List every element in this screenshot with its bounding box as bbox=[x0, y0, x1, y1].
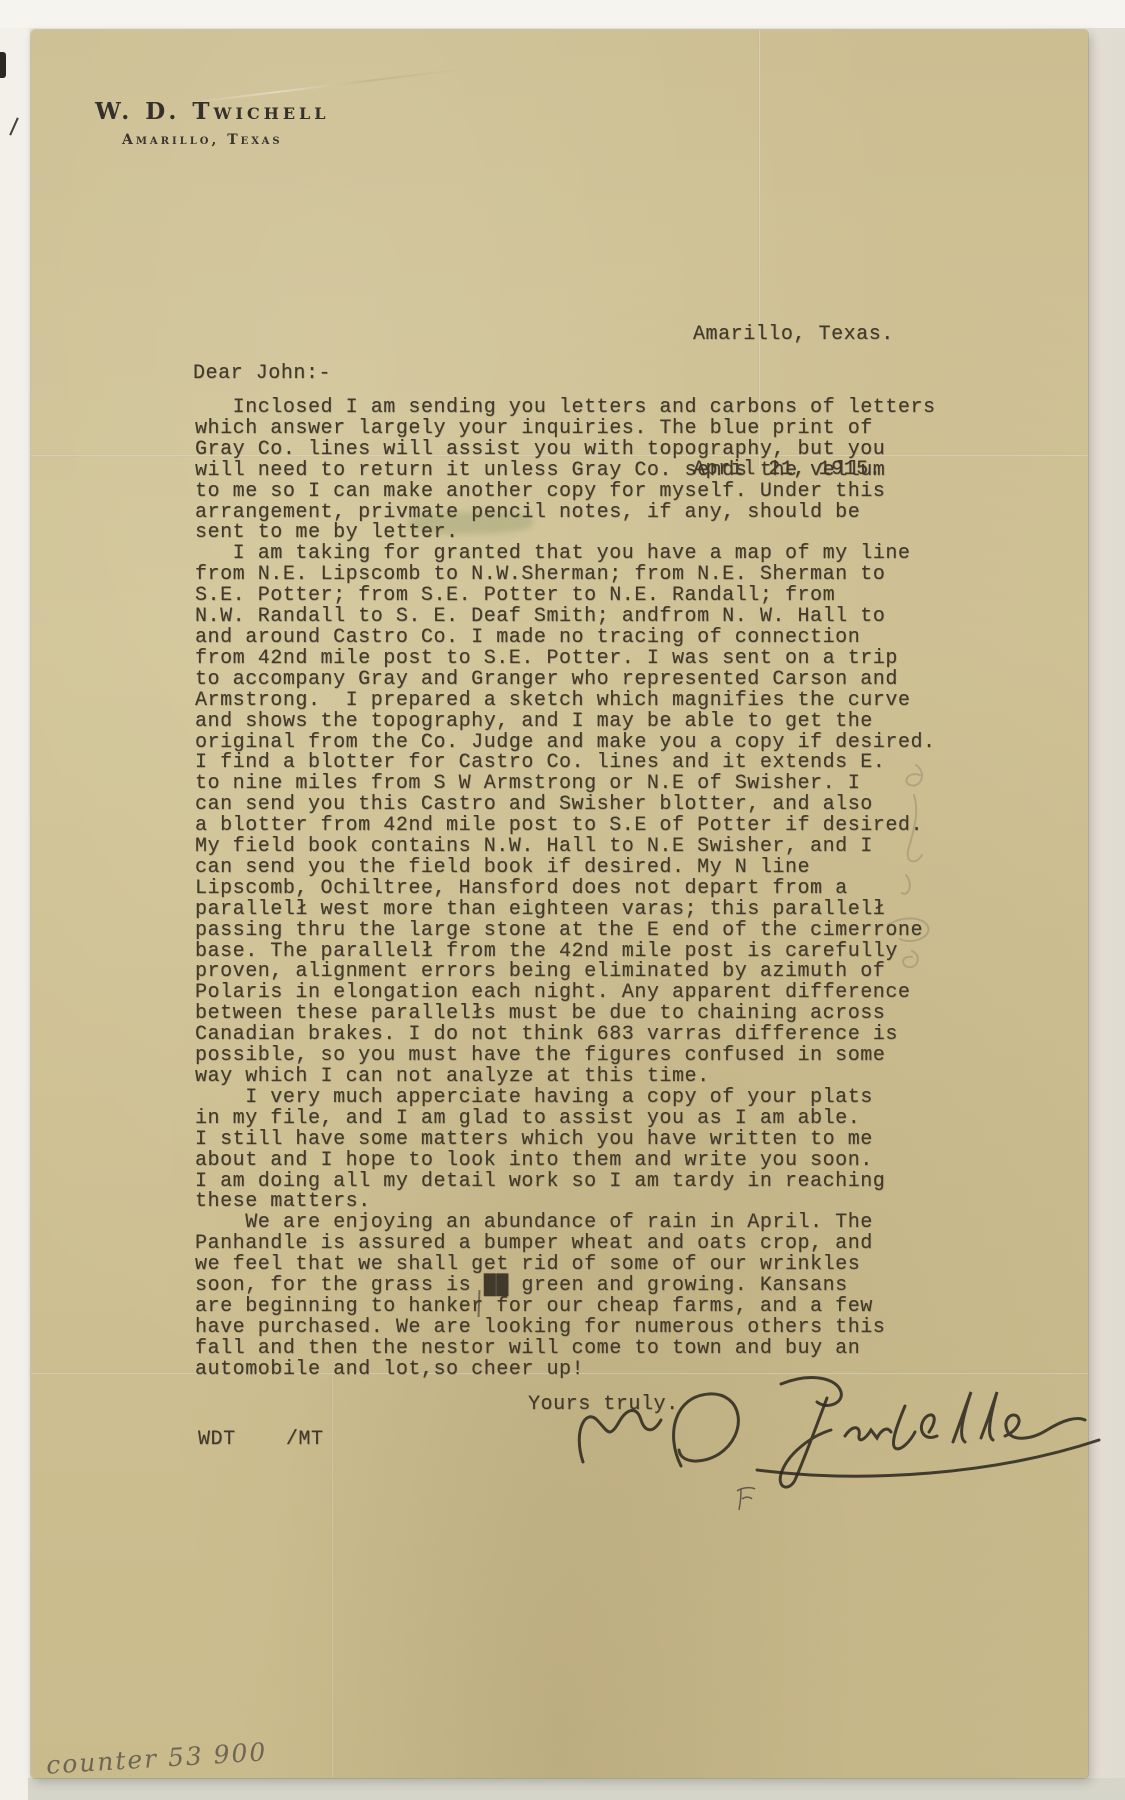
typist-initials: WDT /MT bbox=[198, 1428, 324, 1451]
letter-body-line: to accompany Gray and Granger who repres… bbox=[195, 670, 936, 691]
letter-page: W. D. Twichell Amarillo, Texas Amarillo,… bbox=[31, 30, 1088, 1778]
letter-body-line: Lipscomb, Ochiltree, Hansford does not d… bbox=[195, 879, 936, 900]
letter-body-line: proven, alignment errors being eliminate… bbox=[195, 962, 936, 983]
scan-mat-top bbox=[0, 0, 1125, 28]
letter-body-line: Panhandle is assured a bumper wheat and … bbox=[195, 1234, 936, 1255]
scanned-letter-screenshot: { "document": { "kind": "Typewritten let… bbox=[0, 0, 1125, 1800]
letter-body-line: a blotter from 42nd mile post to S.E of … bbox=[195, 816, 936, 837]
letter-body-line: have purchased. We are looking for numer… bbox=[195, 1318, 936, 1339]
letter-body-line: to me so I can make another copy for mys… bbox=[195, 482, 936, 503]
salutation: Dear John:- bbox=[193, 362, 331, 385]
letter-body-line: parallelł west more than eighteen varas;… bbox=[195, 900, 936, 921]
pencil-note-counter: counter 53 900 bbox=[45, 1737, 268, 1779]
letter-body-line: I very much apperciate having a copy of … bbox=[195, 1088, 936, 1109]
letter-body-line: way which I can not analyze at this time… bbox=[195, 1067, 936, 1088]
letter-body-line: base. The parallelł from the 42nd mile p… bbox=[195, 942, 936, 963]
letter-body-line: are beginning to hanker for our cheap fa… bbox=[195, 1297, 936, 1318]
scan-artifact bbox=[9, 117, 19, 135]
letter-body-line: N.W. Randall to S. E. Deaf Smith; andfro… bbox=[195, 607, 936, 628]
letter-body-line: arrangement, privmate pencil notes, if a… bbox=[195, 503, 936, 524]
letter-body-line: fall and then the nestor will come to to… bbox=[195, 1339, 936, 1360]
letter-body-line: passing thru the large stone at the E en… bbox=[195, 921, 936, 942]
letter-body-line: in my file, and I am glad to assist you … bbox=[195, 1109, 936, 1130]
letter-body-line: from 42nd mile post to S.E. Potter. I wa… bbox=[195, 649, 936, 670]
letter-body-line: and shows the topography, and I may be a… bbox=[195, 712, 936, 733]
letter-body-line: can send you this Castro and Swisher blo… bbox=[195, 795, 936, 816]
letter-body-line: possible, so you must have the figures c… bbox=[195, 1046, 936, 1067]
letter-body-line: between these parallelłs must be due to … bbox=[195, 1004, 936, 1025]
stray-pencil-mark bbox=[733, 1483, 759, 1513]
scan-artifact bbox=[0, 52, 6, 78]
letter-body-line: My field book contains N.W. Hall to N.E … bbox=[195, 837, 936, 858]
letter-body-line: I am doing all my detail work so I am ta… bbox=[195, 1172, 936, 1193]
letter-body-line: we feel that we shall get rid of some of… bbox=[195, 1255, 936, 1276]
letterhead: W. D. Twichell Amarillo, Texas bbox=[95, 98, 330, 148]
signature bbox=[565, 1362, 1110, 1512]
letter-body-line: sent to me by letter. bbox=[195, 523, 936, 544]
letter-body-line: We are enjoying an abundance of rain in … bbox=[195, 1213, 936, 1234]
letter-body-line: can send you the field book if desired. … bbox=[195, 858, 936, 879]
letter-body-line: which answer largely your inquiries. The… bbox=[195, 419, 936, 440]
letter-body-line: I am taking for granted that you have a … bbox=[195, 544, 936, 565]
letterhead-name: W. D. Twichell bbox=[95, 98, 330, 125]
letter-body-line: and around Castro Co. I made no tracing … bbox=[195, 628, 936, 649]
letter-body-line: from N.E. Lipscomb to N.W.Sherman; from … bbox=[195, 565, 936, 586]
dateline-place: Amarillo, Texas. bbox=[693, 312, 894, 357]
letter-body-line: S.E. Potter; from S.E. Potter to N.E. Ra… bbox=[195, 586, 936, 607]
letter-body: Inclosed I am sending you letters and ca… bbox=[195, 398, 936, 1381]
letter-body-line: I still have some matters which you have… bbox=[195, 1130, 936, 1151]
letter-body-line: original from the Co. Judge and make you… bbox=[195, 733, 936, 754]
letter-body-line: I find a blotter for Castro Co. lines an… bbox=[195, 753, 936, 774]
letter-body-line: about and I hope to look into them and w… bbox=[195, 1151, 936, 1172]
letter-body-line: will need to return it unless Gray Co. s… bbox=[195, 461, 936, 482]
letter-body-line: to nine miles from S W Armstrong or N.E … bbox=[195, 774, 936, 795]
letter-body-line: Gray Co. lines will assist you with topo… bbox=[195, 440, 936, 461]
letter-body-line: Inclosed I am sending you letters and ca… bbox=[195, 398, 936, 419]
letter-body-line: Armstrong. I prepared a sketch which mag… bbox=[195, 691, 936, 712]
letterhead-location: Amarillo, Texas bbox=[122, 132, 330, 148]
letter-body-line: soon, for the grass is ██ green and grow… bbox=[195, 1276, 936, 1297]
fold-crease-vertical-lower bbox=[331, 1372, 333, 1778]
letter-body-line: these matters. bbox=[195, 1192, 936, 1213]
margin-pencil-note bbox=[868, 755, 948, 985]
letter-body-line: Polaris in elongation each night. Any ap… bbox=[195, 983, 936, 1004]
scan-mat-bottom bbox=[28, 1778, 1125, 1800]
letter-body-line: Canadian brakes. I do not think 683 varr… bbox=[195, 1025, 936, 1046]
